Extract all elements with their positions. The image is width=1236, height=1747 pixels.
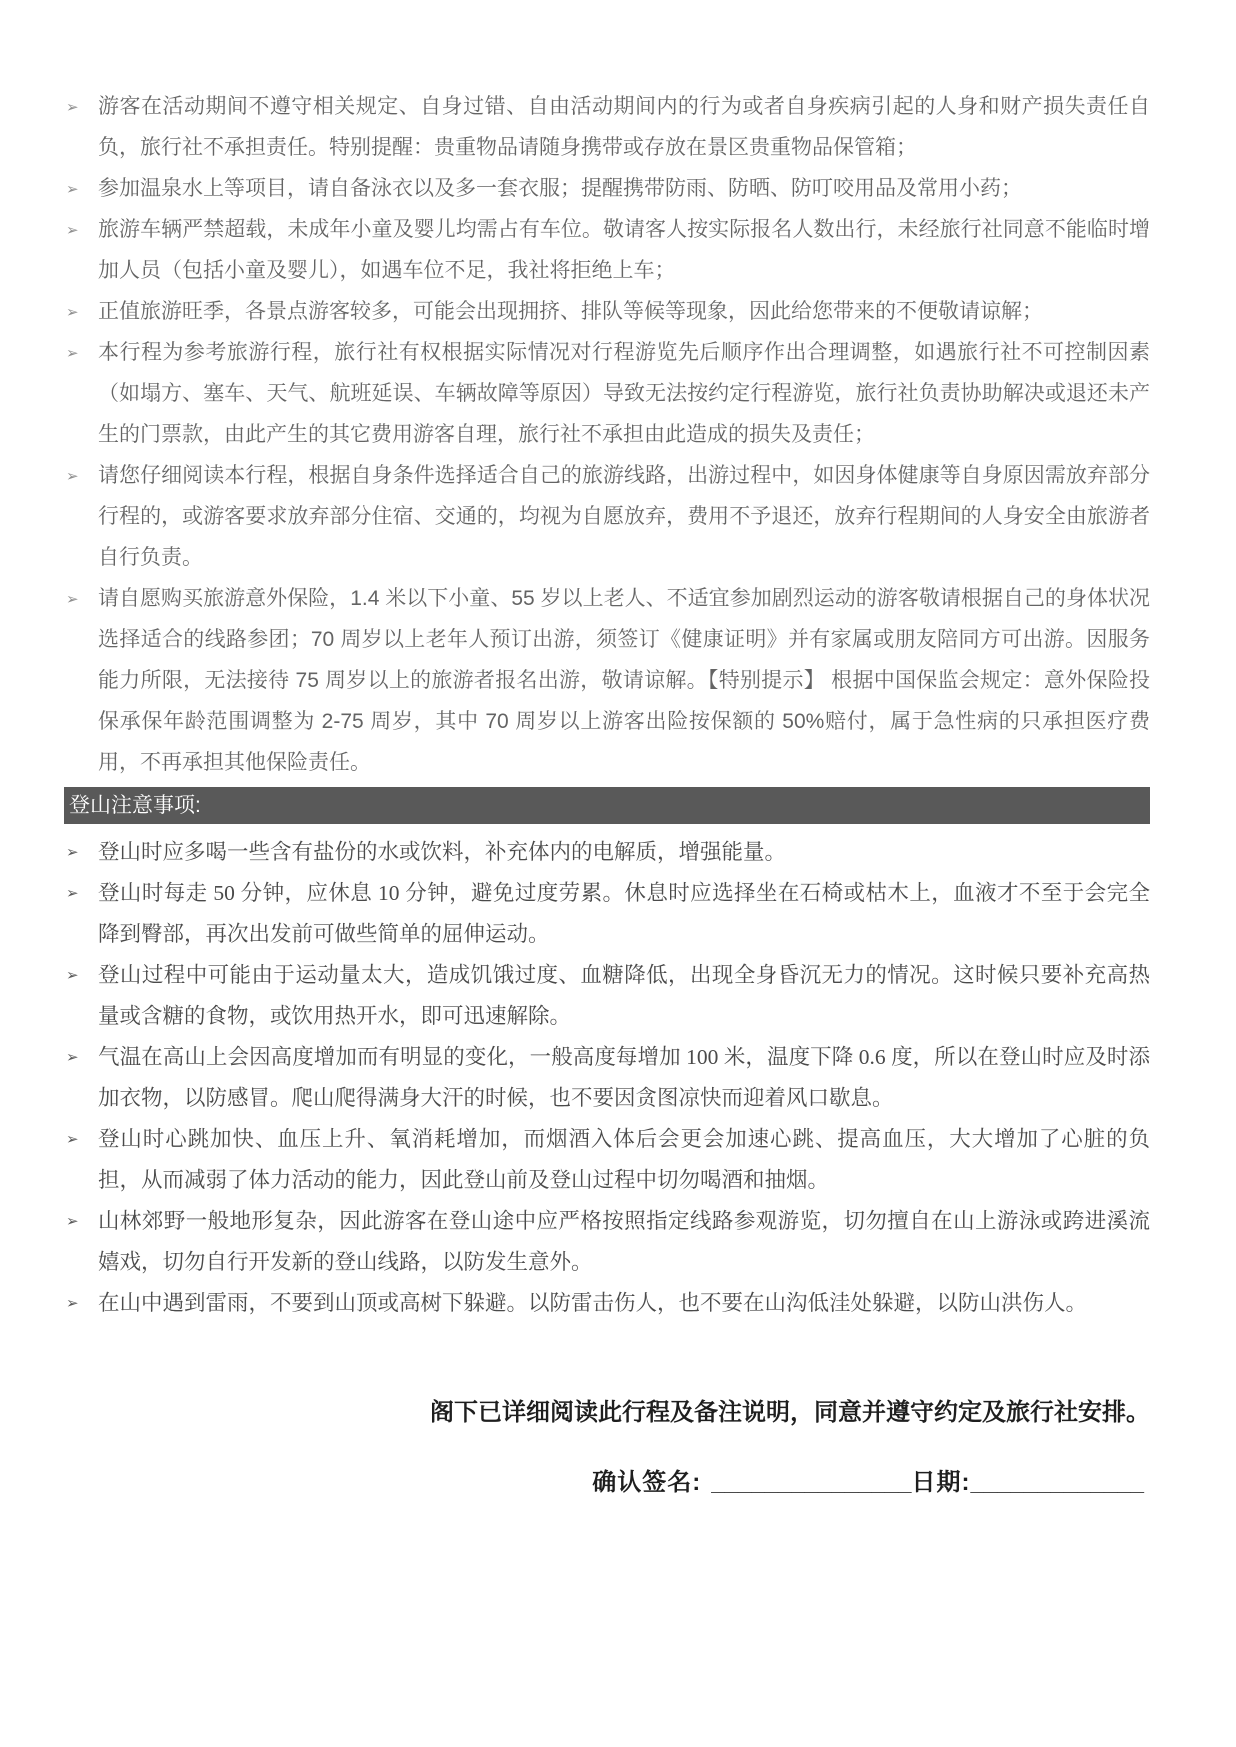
arrow-bullet-icon: ➢ (66, 292, 79, 333)
list-item: ➢ 登山过程中可能由于运动量太大，造成饥饿过度、血糖降低，出现全身昏沉无力的情况… (64, 955, 1150, 1037)
list-item: ➢ 旅游车辆严禁超载，未成年小童及婴儿均需占有车位。敬请客人按实际报名人数出行，… (64, 209, 1150, 291)
list-item: ➢ 登山时应多喝一些含有盐份的水或饮料，补充体内的电解质，增强能量。 (64, 832, 1150, 873)
arrow-bullet-icon: ➢ (66, 1284, 79, 1325)
notice-text: 请您仔细阅读本行程，根据自身条件选择适合自己的旅游线路，出游过程中，如因身体健康… (98, 464, 1150, 569)
signature-label: 确认签名: (592, 1469, 701, 1496)
agreement-statement: 阁下已详细阅读此行程及备注说明，同意并遵守约定及旅行社安排。 (64, 1398, 1150, 1428)
section-header-label: 登山注意事项: (69, 794, 201, 817)
general-notices-list: ➢ 游客在活动期间不遵守相关规定、自身过错、自由活动期间内的行为或者自身疾病引起… (64, 86, 1150, 783)
notice-text: 游客在活动期间不遵守相关规定、自身过错、自由活动期间内的行为或者自身疾病引起的人… (98, 95, 1150, 159)
document-content: ➢ 游客在活动期间不遵守相关规定、自身过错、自由活动期间内的行为或者自身疾病引起… (64, 86, 1150, 1498)
section-header-climbing-notes: 登山注意事项: (64, 787, 1150, 824)
notice-text: 请自愿购买旅游意外保险，1.4 米以下小童、55 岁以上老人、不适宜参加剧烈运动… (98, 587, 1150, 774)
arrow-bullet-icon: ➢ (66, 579, 79, 620)
notice-text: 登山时应多喝一些含有盐份的水或饮料，补充体内的电解质，增强能量。 (98, 840, 786, 864)
list-item: ➢ 在山中遇到雷雨，不要到山顶或高树下躲避。以防雷击伤人，也不要在山沟低洼处躲避… (64, 1283, 1150, 1324)
notice-text: 登山时心跳加快、血压上升、氧消耗增加，而烟酒入体后会更会加速心跳、提高血压，大大… (98, 1127, 1150, 1192)
arrow-bullet-icon: ➢ (66, 833, 79, 874)
notice-text: 本行程为参考旅游行程，旅行社有权根据实际情况对行程游览先后顺序作出合理调整，如遇… (98, 341, 1150, 446)
list-item: ➢ 请您仔细阅读本行程，根据自身条件选择适合自己的旅游线路，出游过程中，如因身体… (64, 455, 1150, 578)
list-item: ➢ 气温在高山上会因高度增加而有明显的变化，一般高度每增加 100 米，温度下降… (64, 1037, 1150, 1119)
notice-text: 山林郊野一般地形复杂，因此游客在登山途中应严格按照指定线路参观游览，切勿擅自在山… (98, 1209, 1150, 1274)
notice-text: 气温在高山上会因高度增加而有明显的变化，一般高度每增加 100 米，温度下降 0… (98, 1045, 1150, 1110)
list-item: ➢ 游客在活动期间不遵守相关规定、自身过错、自由活动期间内的行为或者自身疾病引起… (64, 86, 1150, 168)
notice-text: 登山过程中可能由于运动量太大，造成饥饿过度、血糖降低，出现全身昏沉无力的情况。这… (98, 963, 1150, 1028)
list-item: ➢ 本行程为参考旅游行程，旅行社有权根据实际情况对行程游览先后顺序作出合理调整，… (64, 332, 1150, 455)
signature-blank: _______________ (711, 1469, 911, 1496)
arrow-bullet-icon: ➢ (66, 333, 79, 374)
arrow-bullet-icon: ➢ (66, 456, 79, 497)
document-page: ➢ 游客在活动期间不遵守相关规定、自身过错、自由活动期间内的行为或者自身疾病引起… (0, 0, 1236, 1747)
arrow-bullet-icon: ➢ (66, 87, 79, 128)
agreement-footer: 阁下已详细阅读此行程及备注说明，同意并遵守约定及旅行社安排。 确认签名:____… (64, 1398, 1150, 1498)
arrow-bullet-icon: ➢ (66, 1202, 79, 1243)
notice-text: 在山中遇到雷雨，不要到山顶或高树下躲避。以防雷击伤人，也不要在山沟低洼处躲避，以… (98, 1291, 1087, 1315)
list-item: ➢ 正值旅游旺季，各景点游客较多，可能会出现拥挤、排队等候等现象，因此给您带来的… (64, 291, 1150, 332)
notice-text: 参加温泉水上等项目，请自备泳衣以及多一套衣服；提醒携带防雨、防晒、防叮咬用品及常… (98, 177, 1022, 200)
climbing-notices-list: ➢ 登山时应多喝一些含有盐份的水或饮料，补充体内的电解质，增强能量。 ➢ 登山时… (64, 832, 1150, 1324)
notice-text: 正值旅游旺季，各景点游客较多，可能会出现拥挤、排队等候等现象，因此给您带来的不便… (98, 300, 1043, 323)
arrow-bullet-icon: ➢ (66, 956, 79, 997)
list-item: ➢ 参加温泉水上等项目，请自备泳衣以及多一套衣服；提醒携带防雨、防晒、防叮咬用品… (64, 168, 1150, 209)
arrow-bullet-icon: ➢ (66, 169, 79, 210)
signature-row: 确认签名:_______________日期:_____________ (64, 1468, 1144, 1498)
list-item: ➢ 请自愿购买旅游意外保险，1.4 米以下小童、55 岁以上老人、不适宜参加剧烈… (64, 578, 1150, 783)
notice-text: 登山时每走 50 分钟，应休息 10 分钟，避免过度劳累。休息时应选择坐在石椅或… (98, 881, 1150, 946)
date-label: 日期: (911, 1469, 970, 1496)
notice-text: 旅游车辆严禁超载，未成年小童及婴儿均需占有车位。敬请客人按实际报名人数出行，未经… (98, 218, 1150, 282)
date-blank: _____________ (970, 1469, 1144, 1496)
arrow-bullet-icon: ➢ (66, 210, 79, 251)
arrow-bullet-icon: ➢ (66, 1120, 79, 1161)
list-item: ➢ 山林郊野一般地形复杂，因此游客在登山途中应严格按照指定线路参观游览，切勿擅自… (64, 1201, 1150, 1283)
list-item: ➢ 登山时心跳加快、血压上升、氧消耗增加，而烟酒入体后会更会加速心跳、提高血压，… (64, 1119, 1150, 1201)
arrow-bullet-icon: ➢ (66, 874, 79, 915)
list-item: ➢ 登山时每走 50 分钟，应休息 10 分钟，避免过度劳累。休息时应选择坐在石… (64, 873, 1150, 955)
arrow-bullet-icon: ➢ (66, 1038, 79, 1079)
